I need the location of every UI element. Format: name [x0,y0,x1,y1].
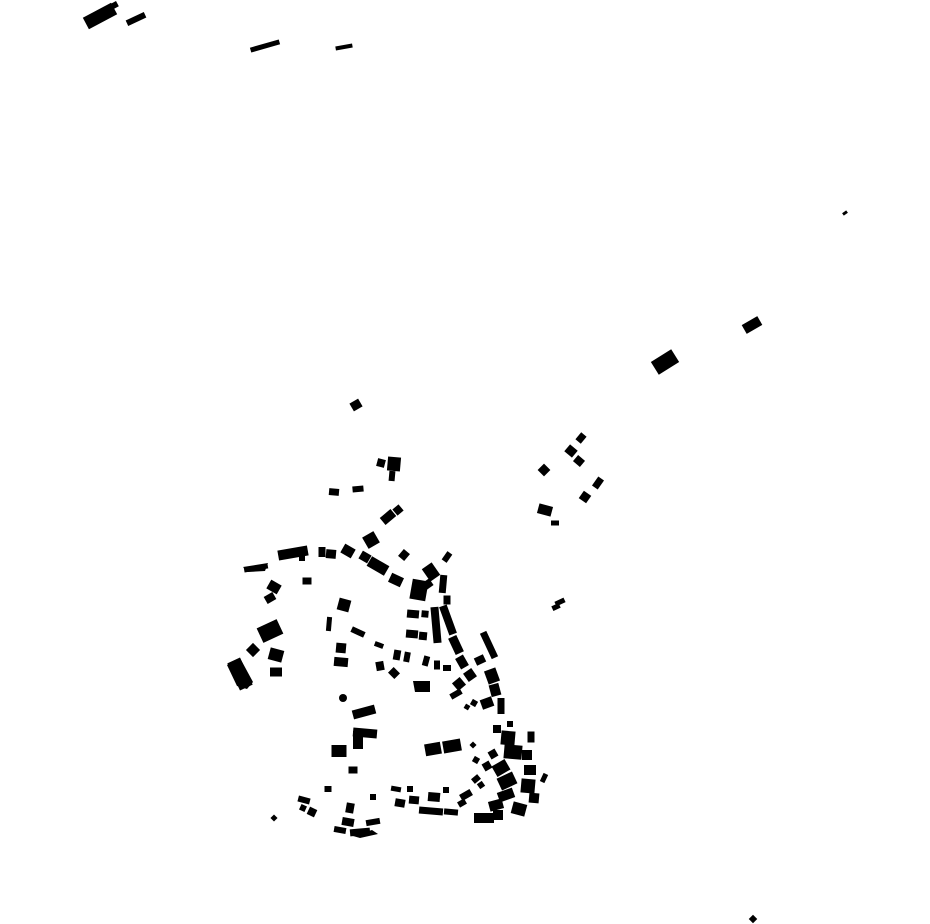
building-footprint [389,471,396,481]
building-footprint [329,488,340,496]
building-footprint [493,810,503,820]
building-footprint [444,808,458,815]
building-footprint [325,786,332,792]
building-footprint [498,698,505,714]
building-footprint [503,744,522,760]
building-footprint [493,725,501,733]
building-footprint [524,765,536,775]
building-footprint [419,632,428,641]
building-footprint [428,792,441,802]
building-footprint [299,553,305,561]
map-background [0,0,930,924]
building-footprint [387,456,401,471]
building-footprint [303,578,312,585]
building-footprint [334,657,349,667]
building-footprint [528,732,535,743]
figure-ground-map [0,0,930,924]
building-footprint [375,661,384,671]
building-footprint [394,798,405,808]
building-footprint [434,661,440,670]
building-footprint [270,668,282,677]
building-footprint [551,521,559,526]
building-footprint [407,609,420,618]
building-footprint [326,549,337,559]
building-footprint [421,610,429,618]
building-footprint [443,787,449,793]
building-footprint [522,750,532,760]
building-footprint [443,665,451,671]
building-footprint [413,681,430,692]
building-footprint [409,796,420,805]
building-footprint [529,793,540,804]
building-footprint [352,486,363,493]
building-footprint [349,767,358,774]
building-footprint [336,643,347,654]
building-footprint [332,745,347,757]
building-footprint [474,813,494,823]
building-footprint [507,721,513,727]
building-footprint [520,778,535,793]
building-footprint [407,786,413,792]
round-building-footprint [339,694,347,702]
building-footprint [409,579,428,601]
building-footprint [345,802,355,813]
building-footprint [370,794,376,800]
building-footprint [444,596,451,605]
building-footprint [406,629,419,638]
building-footprint [500,730,515,745]
building-footprint [319,547,326,557]
